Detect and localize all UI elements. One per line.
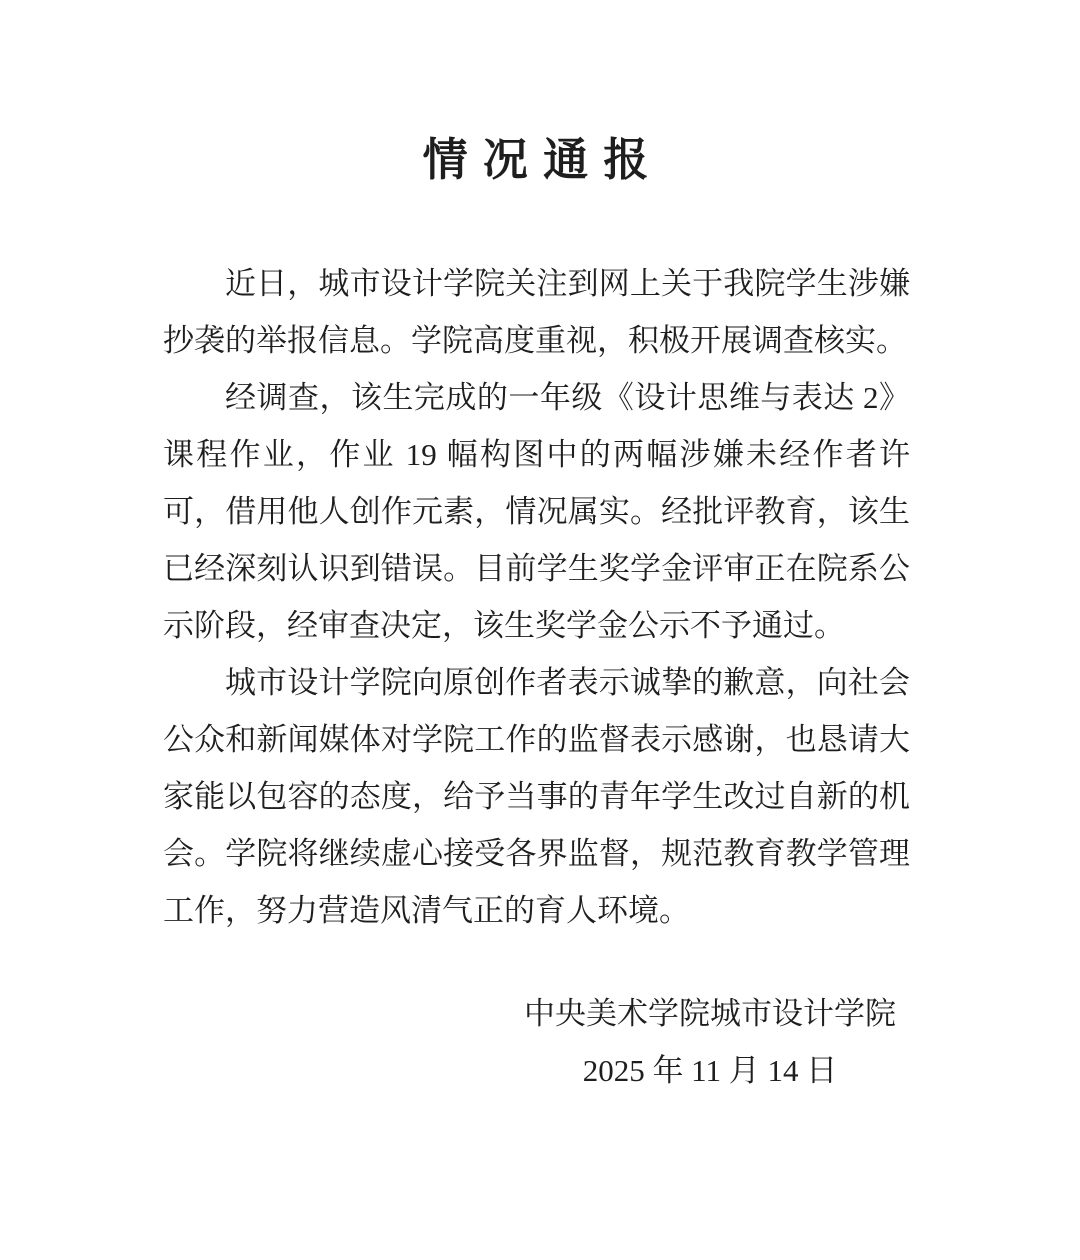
- paragraph-apology: 城市设计学院向原创作者表示诚挚的歉意，向社会公众和新闻媒体对学院工作的监督表示感…: [163, 654, 910, 939]
- page-title: 情 况 通 报: [163, 138, 910, 183]
- paragraph-intro: 近日，城市设计学院关注到网上关于我院学生涉嫌抄袭的举报信息。学院高度重视，积极开…: [163, 255, 910, 369]
- paragraph-findings: 经调查，该生完成的一年级《设计思维与表达 2》课程作业，作业 19 幅构图中的两…: [163, 369, 910, 654]
- signature-block: 中央美术学院城市设计学院 2025 年 11 月 14 日: [524, 985, 896, 1099]
- notice-page: 情 况 通 报 近日，城市设计学院关注到网上关于我院学生涉嫌抄袭的举报信息。学院…: [0, 0, 1080, 1260]
- signature-organization: 中央美术学院城市设计学院: [524, 985, 896, 1042]
- signature-date: 2025 年 11 月 14 日: [524, 1042, 896, 1099]
- notice-body: 近日，城市设计学院关注到网上关于我院学生涉嫌抄袭的举报信息。学院高度重视，积极开…: [163, 255, 910, 939]
